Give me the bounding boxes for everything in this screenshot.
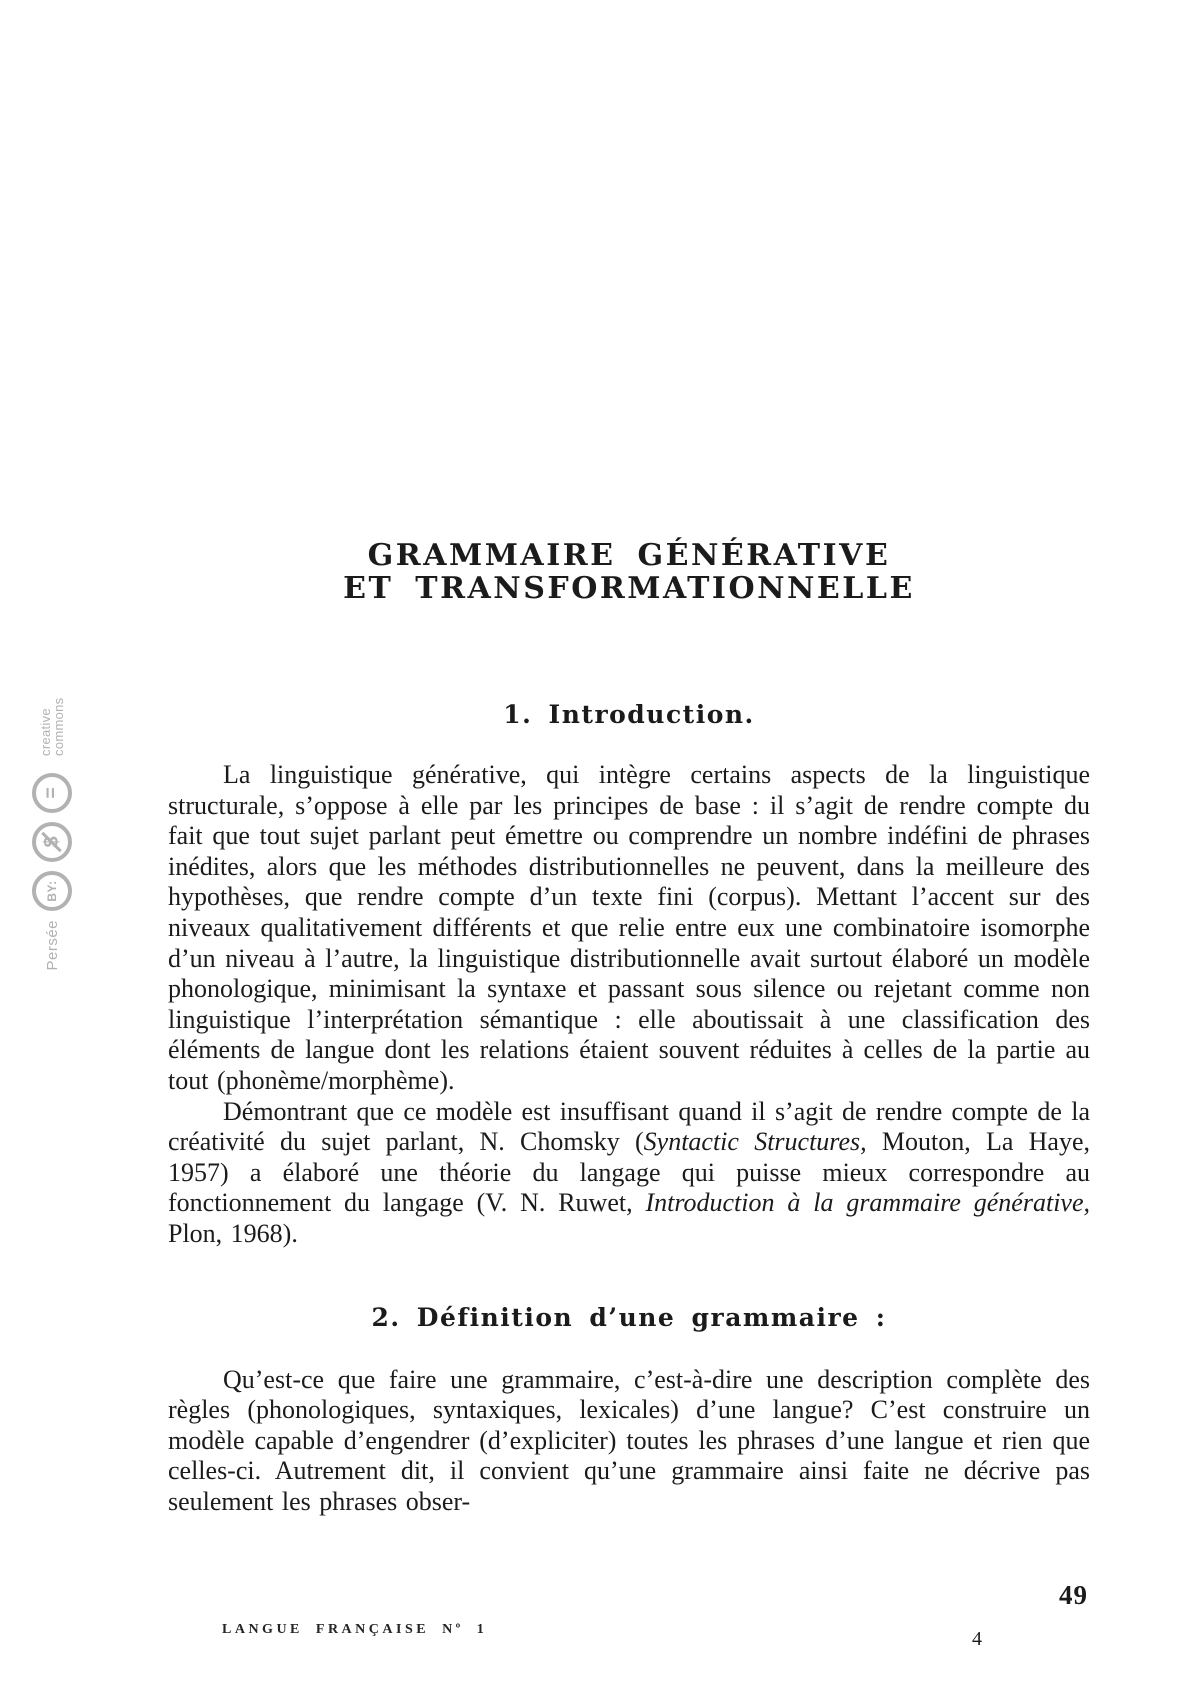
creative-commons-label: creative commons [39, 698, 65, 756]
article-title-line-1: GRAMMAIRE GÉNÉRATIVE [168, 539, 1090, 572]
persee-cc-sidebar: Persée BY: $ = creative commons [28, 694, 76, 974]
section-1-paragraph-1: La linguistique générative, qui intègre … [168, 760, 1090, 1097]
printer-signature-mark: 4 [972, 1628, 982, 1651]
cc-noderivatives-icon: = [32, 773, 72, 813]
section-2-paragraph-1: Qu’est-ce que faire une grammaire, c’est… [168, 1365, 1090, 1518]
scanned-page: GRAMMAIRE GÉNÉRATIVE ET TRANSFORMATIONNE… [168, 0, 1090, 1517]
persee-logo: Persée [44, 920, 61, 971]
page-number: 49 [1059, 1580, 1088, 1611]
section-1-heading: 1. Introduction. [168, 700, 1090, 729]
article-title-line-2: ET TRANSFORMATIONNELLE [168, 572, 1090, 605]
cc-noncommercial-icon: $ [32, 822, 72, 862]
journal-footer-label: LANGUE FRANÇAISE Nº 1 [222, 1622, 487, 1638]
section-1-paragraph-2: Démontrant que ce modèle est insuffisant… [168, 1097, 1090, 1250]
cc-attribution-icon: BY: [32, 871, 72, 911]
section-2-heading: 2. Définition d’une grammaire : [168, 1303, 1090, 1332]
article-title: GRAMMAIRE GÉNÉRATIVE ET TRANSFORMATIONNE… [168, 539, 1090, 605]
